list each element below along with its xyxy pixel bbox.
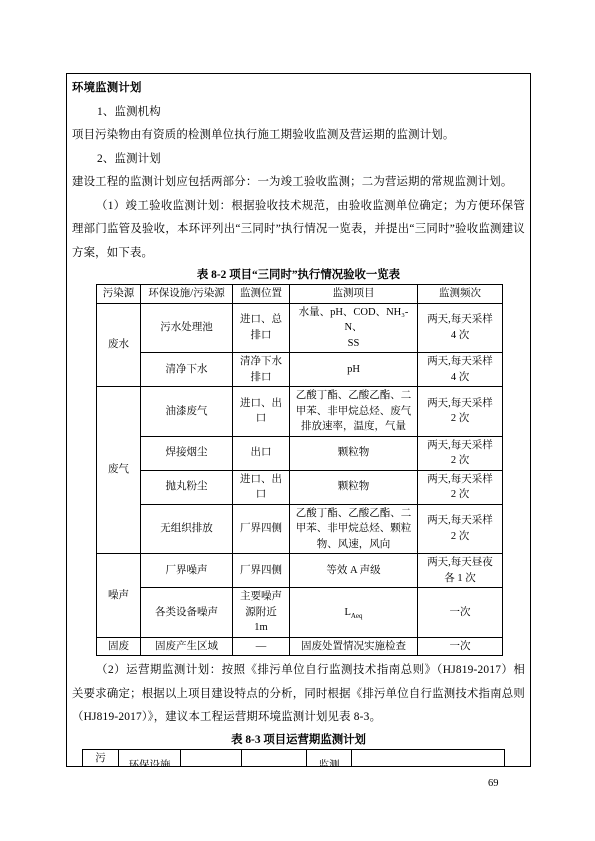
cell-facility: 厂界噪声	[141, 554, 233, 588]
cell-facility: 油漆废气	[141, 387, 233, 437]
cell-facility: 焊接烟尘	[141, 436, 233, 470]
table-8-3-caption: 表 8-3 项目运营期监测计划	[72, 732, 525, 748]
col-header-pollution-source: 污染源	[97, 285, 141, 304]
cell-facility: 抛丸粉尘	[141, 470, 233, 504]
table-8-3: 污 染 源 环保设施 /污染源 监测位置 监测项目 监测 计划 环保设施/污染源…	[82, 749, 505, 768]
cell-frequency: 两天,每天采样 2 次	[418, 387, 503, 437]
page-number: 69	[488, 778, 499, 789]
list-item-2: 2、监测计划	[72, 148, 525, 172]
col-header-location: 监测位置	[233, 285, 290, 304]
content-frame: 环境监测计划 1、监测机构 项目污染物由有资质的检测单位执行施工期验收监测及营运…	[66, 73, 531, 767]
cell-frequency: 一次	[418, 637, 503, 656]
cell-items: 乙酸丁酯、乙酸乙酯、二 甲苯、非甲烷总烃、颗粒 物、风速，风向	[290, 504, 418, 554]
paragraph-completion-acceptance: （1）竣工验收监测计划：根据验收技术规范，由验收监测单位确定；为方便环保管理部门…	[72, 195, 525, 266]
cell-location: 进口、出 口	[233, 470, 290, 504]
cell-location: 进口、出 口	[233, 387, 290, 437]
list-item-1: 1、监测机构	[72, 101, 525, 125]
col-header-pollution-source: 污 染 源	[83, 749, 119, 767]
paragraph-operation-period: （2）运营期监测计划：按照《排污单位自行监测技术指南总则》（HJ819-2017…	[72, 659, 525, 730]
table-row: 抛丸粉尘 进口、出 口 颗粒物 两天,每天采样 2 次	[97, 470, 503, 504]
table-row: 清净下水 清净下水 排口 pH 两天,每天采样 4 次	[97, 353, 503, 387]
cell-items: 乙酸丁酯、乙酸乙酯、二 甲苯、非甲烷总烃、废气 排放速率，温度，气量	[290, 387, 418, 437]
cell-facility: 污水处理池	[141, 303, 233, 353]
cell-items: 颗粒物	[290, 436, 418, 470]
col-header-location: 监测位置	[181, 749, 242, 767]
table-row: 废气 油漆废气 进口、出 口 乙酸丁酯、乙酸乙酯、二 甲苯、非甲烷总烃、废气 排…	[97, 387, 503, 437]
cell-location: 清净下水 排口	[233, 353, 290, 387]
cell-location: —	[233, 637, 290, 656]
table-8-3-header-row: 污 染 源 环保设施 /污染源 监测位置 监测项目 监测 计划 环保设施/污染源	[83, 749, 505, 767]
cell-facility: 清净下水	[141, 353, 233, 387]
cell-group-wastewater: 废水	[97, 303, 141, 387]
col-header-items: 监测项目	[242, 749, 307, 767]
col-header-facility: 环保设施 /污染源	[119, 749, 181, 767]
cell-group-noise: 噪声	[97, 554, 141, 638]
paragraph-plan-parts: 建设工程的监测计划应包括两部分：一为竣工验收监测；二为营运期的常规监测计划。	[72, 171, 525, 195]
cell-items-laeq: LAeq	[290, 588, 418, 638]
cell-frequency: 两天,每天采样 2 次	[418, 436, 503, 470]
table-row: 无组织排放 厂界四侧 乙酸丁酯、乙酸乙酯、二 甲苯、非甲烷总烃、颗粒 物、风速，…	[97, 504, 503, 554]
paragraph-monitor-agency: 项目污染物由有资质的检测单位执行施工期验收监测及营运期的监测计划。	[72, 124, 525, 148]
cell-location: 厂界四侧	[233, 554, 290, 588]
section-heading: 环境监测计划	[72, 77, 525, 101]
table-row: 各类设备噪声 主要噪声 源附近 1m LAeq 一次	[97, 588, 503, 638]
cell-frequency: 两天,每天昼夜 各 1 次	[418, 554, 503, 588]
col-header-standard: 环保设施/污染源	[352, 749, 505, 767]
cell-items: 等效 A 声级	[290, 554, 418, 588]
cell-location: 出口	[233, 436, 290, 470]
cell-frequency: 两天,每天采样 4 次	[418, 353, 503, 387]
col-header-plan: 监测 计划	[307, 749, 352, 767]
table-row: 焊接烟尘 出口 颗粒物 两天,每天采样 2 次	[97, 436, 503, 470]
cell-frequency: 两天,每天采样 2 次	[418, 470, 503, 504]
cell-frequency: 两天,每天采样 4 次	[418, 303, 503, 353]
col-header-items: 监测项目	[290, 285, 418, 304]
cell-items: 水量、pH、COD、NH₃-N、 SS	[290, 303, 418, 353]
cell-facility: 无组织排放	[141, 504, 233, 554]
laeq-subscript: Aeq	[351, 612, 363, 620]
col-header-frequency: 监测频次	[418, 285, 503, 304]
cell-facility: 固废产生区域	[141, 637, 233, 656]
cell-frequency: 两天,每天采样 2 次	[418, 504, 503, 554]
col-header-facility: 环保设施/污染源	[141, 285, 233, 304]
cell-group-waste-gas: 废气	[97, 387, 141, 554]
table-8-2: 污染源 环保设施/污染源 监测位置 监测项目 监测频次 废水 污水处理池 进口、…	[96, 284, 503, 656]
document-page: 环境监测计划 1、监测机构 项目污染物由有资质的检测单位执行施工期验收监测及营运…	[0, 0, 595, 841]
cell-items: 固废处置情况实施检查	[290, 637, 418, 656]
cell-group-solid-waste: 固废	[97, 637, 141, 656]
table-row: 废水 污水处理池 进口、总 排口 水量、pH、COD、NH₃-N、 SS 两天,…	[97, 303, 503, 353]
table-8-2-caption: 表 8-2 项目“三同时”执行情况验收一览表	[72, 267, 525, 283]
cell-frequency: 一次	[418, 588, 503, 638]
cell-location: 主要噪声 源附近 1m	[233, 588, 290, 638]
cell-items: pH	[290, 353, 418, 387]
cell-location: 进口、总 排口	[233, 303, 290, 353]
cell-location: 厂界四侧	[233, 504, 290, 554]
table-row: 噪声 厂界噪声 厂界四侧 等效 A 声级 两天,每天昼夜 各 1 次	[97, 554, 503, 588]
table-row: 固废 固废产生区域 — 固废处置情况实施检查 一次	[97, 637, 503, 656]
cell-facility: 各类设备噪声	[141, 588, 233, 638]
cell-items: 颗粒物	[290, 470, 418, 504]
table-8-2-header-row: 污染源 环保设施/污染源 监测位置 监测项目 监测频次	[97, 285, 503, 304]
